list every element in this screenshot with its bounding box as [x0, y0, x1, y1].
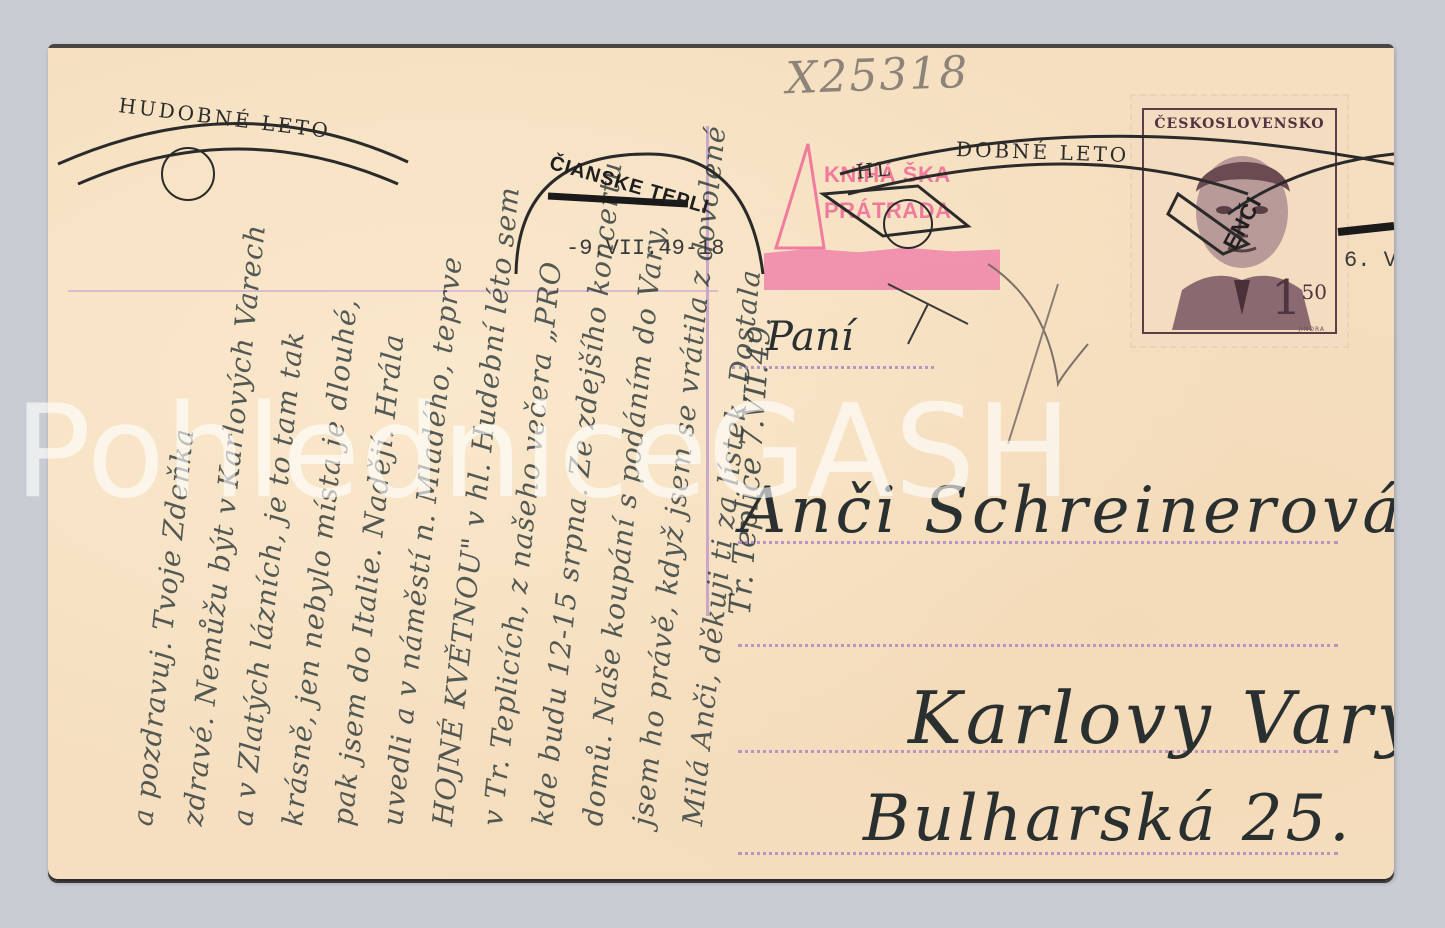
address-line-1	[732, 366, 934, 369]
address-line-3	[738, 644, 1338, 647]
postcard: X25318 Tr. Teplice 7.VII.49. Milá Anči, …	[48, 44, 1394, 881]
address-city: Karlovy Vary	[908, 676, 1394, 760]
address-salutation: Paní	[766, 314, 854, 360]
address-street: Bulharská 25.	[863, 782, 1353, 856]
postmark-date-right: 6. VI	[1344, 248, 1394, 273]
address-name: Anči Schreinerová	[740, 474, 1394, 548]
postmark-banner-right-prefix: HL	[855, 156, 894, 184]
postmark-date-left: -9.VII.49-18	[566, 236, 724, 261]
